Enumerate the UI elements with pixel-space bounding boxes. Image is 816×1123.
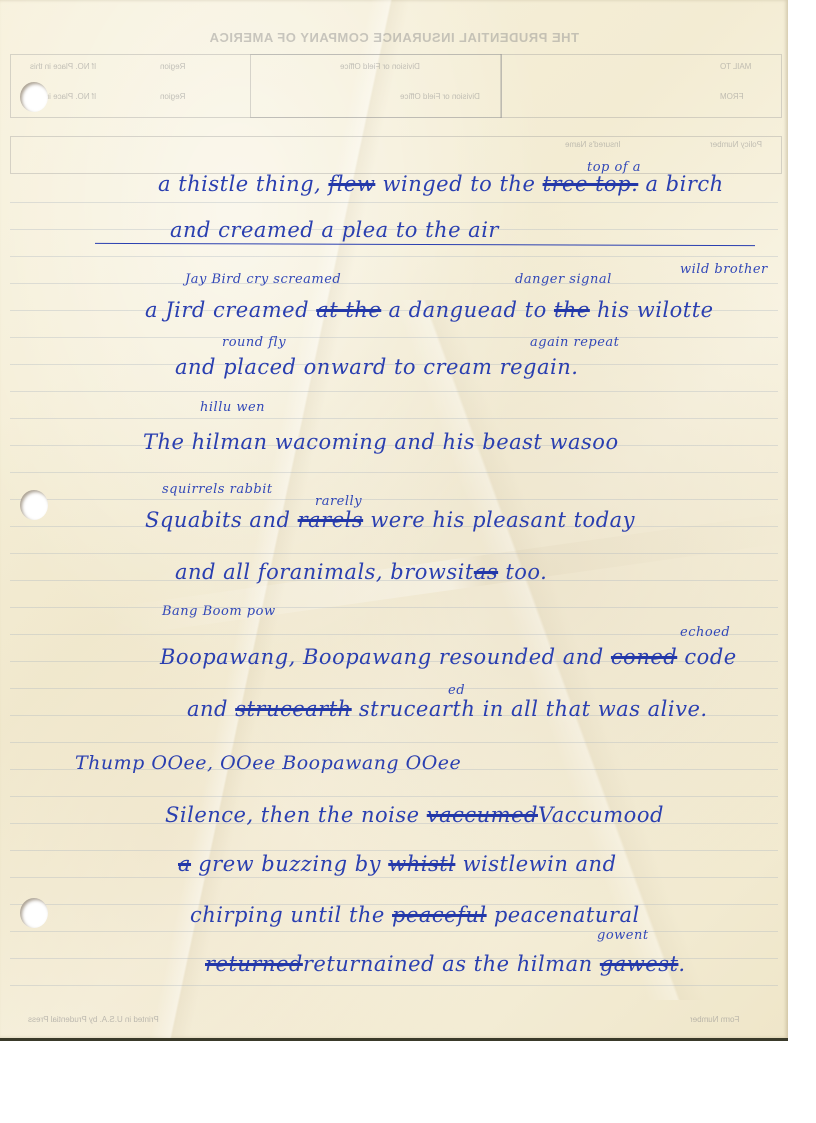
struck-word: gawest <box>600 952 679 976</box>
annotation: Bang Boom pow <box>162 604 276 619</box>
struck-word: returned <box>205 952 303 976</box>
insertion-note: gowent <box>597 928 649 943</box>
poem-line: The hilman wacoming and his beast wasoo <box>143 430 619 454</box>
insertion-note: rarelly <box>315 494 362 509</box>
line-text: and all foranimals, browsit <box>175 560 474 584</box>
insertion-note: echoed <box>680 625 730 640</box>
poem-line: Thump OOee, OOee Boopawang OOee <box>75 752 461 774</box>
struck-word: rarels <box>298 508 364 532</box>
line-text: a danguead to <box>388 298 546 322</box>
annotation: round fly <box>222 335 286 350</box>
line-text: code <box>684 645 736 669</box>
form-footer: Printed in U.S.A. by Prudential Press <box>28 1015 159 1024</box>
poem-line: a Jird creamed at the a danguead to the … <box>145 298 714 322</box>
form-label: Policy Number <box>710 140 762 149</box>
line-text: were his pleasant today <box>370 508 635 532</box>
struck-word: strucearth <box>235 697 352 721</box>
annotation: squirrels rabbit <box>162 482 273 497</box>
annotation: wild brother <box>680 262 768 277</box>
punch-hole <box>20 82 48 112</box>
line-text: Silence, then the noise <box>165 803 420 827</box>
struck-word: whistl <box>388 852 455 876</box>
line-text: in all that was alive. <box>483 697 708 721</box>
poem-line: Silence, then the noise vaccumedVaccumoo… <box>165 803 664 827</box>
line-text: grew buzzing by <box>198 852 381 876</box>
struck-word: as <box>474 560 498 584</box>
poem-line: Boopawang, Boopawang resounded and coned… <box>160 645 737 669</box>
line-text: a birch <box>645 172 723 196</box>
poem-line: Squabits and rarels were his pleasant to… <box>145 508 635 532</box>
form-title-showthrough: THE PRUDENTIAL INSURANCE COMPANY OF AMER… <box>0 30 788 45</box>
line-text: Squabits and <box>145 508 290 532</box>
form-footer: Form Number <box>690 1015 739 1024</box>
form-label: Region <box>160 92 185 101</box>
punch-hole <box>20 898 48 928</box>
annotation: again repeat <box>530 335 619 350</box>
form-box <box>10 136 782 174</box>
line-text: Vaccumood <box>538 803 664 827</box>
line-text: Boopawang, Boopawang resounded and <box>160 645 604 669</box>
struck-word: at the <box>316 298 381 322</box>
form-label: Division or Field Office <box>340 62 420 71</box>
struck-word: coned <box>611 645 677 669</box>
annotation: danger signal <box>515 272 612 287</box>
poem-line: and creamed a plea to the air <box>170 218 499 242</box>
form-label: Insured's Name <box>565 140 621 149</box>
poem-line: a thistle thing, flew winged to the tree… <box>158 172 724 196</box>
line-text: . <box>678 952 685 976</box>
line-text: a Jird creamed <box>145 298 309 322</box>
line-text: winged to the <box>383 172 536 196</box>
line-text: chirping until the <box>190 903 385 927</box>
line-text: wistlewin and <box>463 852 617 876</box>
form-label: FROM <box>720 92 744 101</box>
insertion-note: ed <box>448 683 465 698</box>
struck-word: flew <box>328 172 375 196</box>
form-label: Division or Field Office <box>400 92 480 101</box>
poem-line: a grew buzzing by whistl wistlewin and <box>178 852 617 876</box>
punch-hole <box>20 490 48 520</box>
struck-word: a <box>178 852 191 876</box>
annotation: hillu wen <box>200 400 265 415</box>
poem-line: and placed onward to cream regain. <box>175 355 578 379</box>
line-text: returnained as the hilman <box>303 952 593 976</box>
paper-sheet: THE PRUDENTIAL INSURANCE COMPANY OF AMER… <box>0 0 788 1041</box>
line-text: too. <box>505 560 547 584</box>
form-label: MAIL TO <box>720 62 751 71</box>
poem-line: chirping until the peaceful peacenatural <box>190 903 640 927</box>
form-label: If NO. Place in this <box>30 62 96 71</box>
poem-line: and all foranimals, browsitas too. <box>175 560 547 584</box>
line-text: strucearth <box>359 697 476 721</box>
line-text: his wilotte <box>597 298 714 322</box>
poem-line: returnedreturnained as the hilman gawest… <box>205 952 686 976</box>
poem-line: and strucearth strucearth in all that wa… <box>187 697 708 721</box>
struck-word: vaccumed <box>427 803 538 827</box>
struck-word: tree top. <box>543 172 639 196</box>
line-text: a thistle thing, <box>158 172 321 196</box>
line-text: peacenatural <box>494 903 640 927</box>
struck-word: the <box>554 298 590 322</box>
form-label: Region <box>160 62 185 71</box>
annotation: Jay Bird cry screamed <box>185 272 341 287</box>
line-text: and <box>187 697 228 721</box>
struck-word: peaceful <box>392 903 487 927</box>
